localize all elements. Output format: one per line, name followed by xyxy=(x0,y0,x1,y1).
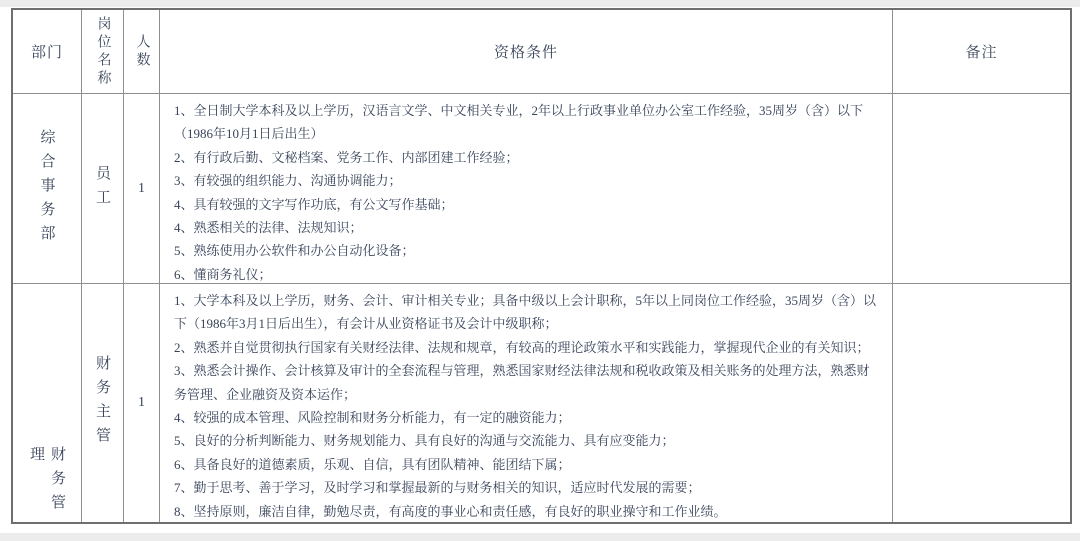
qualification-item: 6、懂商务礼仪； xyxy=(174,263,272,284)
qualification-item: 7、勤于思考、善于学习，及时学习和掌握最新的与财务相关的知识，适应时代发展的需要… xyxy=(174,476,701,499)
page: { "colors": { "text": "#38435a", "border… xyxy=(0,0,1080,541)
qualification-item: 1、大学本科及以上学历，财务、会计、审计相关专业；具备中级以上会计职称，5年以上… xyxy=(174,289,876,336)
qualification-item: 6、具备良好的道德素质，乐观、自信，具有团队精神、能团结下属； xyxy=(174,453,571,476)
qualification-item: 4、熟悉相关的法律、法规知识； xyxy=(174,216,363,239)
qualification-item: 4、较强的成本管理、风险控制和财务分析能力，有一定的融资能力； xyxy=(174,406,571,429)
header-cell-qualifications: 资格条件 xyxy=(160,10,893,94)
header-label-department: 部门 xyxy=(31,41,63,62)
row2-position-label: 财务主管 xyxy=(92,355,113,451)
row2-remarks-cell xyxy=(893,284,1070,522)
header-cell-position: 岗位名称 xyxy=(82,10,124,94)
qualification-item: 1、全日制大学本科及以上学历，汉语言文学、中文相关专业，2年以上行政事业单位办公… xyxy=(174,99,876,146)
qualification-item: 2、有行政后勤、文秘档案、党务工作、内部团建工作经验； xyxy=(174,146,519,169)
row1-department-label: 综合事务部 xyxy=(37,129,58,249)
header-cell-remarks: 备注 xyxy=(893,10,1070,94)
row1-position-label: 员工 xyxy=(92,165,113,213)
row1-qualifications-cell: 1、全日制大学本科及以上学历，汉语言文学、中文相关专业，2年以上行政事业单位办公… xyxy=(160,94,893,284)
qualification-item: 4、具有较强的文字写作功底，有公文写作基础； xyxy=(174,193,454,216)
qualification-item: 5、熟练使用办公软件和办公自动化设备； xyxy=(174,239,415,262)
row2-headcount-cell: 1 xyxy=(124,284,160,522)
recruitment-table: 部门 岗位名称 人数 资格条件 备注 综合事务部 员工 1 1、全日制大学本科及… xyxy=(11,8,1072,524)
row1-headcount-cell: 1 xyxy=(124,94,160,284)
page-top-edge xyxy=(0,0,1080,7)
row2-position-cell: 财务主管 xyxy=(82,284,124,522)
row2-department-label: 财务管理 xyxy=(26,446,68,522)
header-label-qualifications: 资格条件 xyxy=(494,41,558,62)
row1-department-cell: 综合事务部 xyxy=(13,94,82,284)
row1-position-cell: 员工 xyxy=(82,94,124,284)
header-cell-headcount: 人数 xyxy=(124,10,160,94)
row2-department-cell: 财务管理 xyxy=(13,284,82,522)
qualification-item: 2、熟悉并自觉贯彻执行国家有关财经法律、法规和规章，有较高的理论政策水平和实践能… xyxy=(174,336,870,359)
row1-headcount-value: 1 xyxy=(138,181,145,197)
row1-remarks-cell xyxy=(893,94,1070,284)
qualification-item: 8、坚持原则，廉洁自律，勤勉尽责，有高度的事业心和责任感，有良好的职业操守和工作… xyxy=(174,500,727,522)
row2-qualifications-cell: 1、大学本科及以上学历，财务、会计、审计相关专业；具备中级以上会计职称，5年以上… xyxy=(160,284,893,522)
header-cell-department: 部门 xyxy=(13,10,82,94)
header-label-remarks: 备注 xyxy=(965,41,997,62)
header-label-headcount: 人数 xyxy=(132,34,152,70)
qualification-item: 5、良好的分析判断能力、财务规划能力、具有良好的沟通与交流能力、具有应变能力； xyxy=(174,429,675,452)
header-label-position: 岗位名称 xyxy=(93,16,113,88)
page-bottom-edge xyxy=(0,533,1080,541)
qualification-item: 3、熟悉会计操作、会计核算及审计的全套流程与管理，熟悉国家财经法律法规和税收政策… xyxy=(174,359,876,406)
row2-headcount-value: 1 xyxy=(138,395,145,411)
qualification-item: 3、有较强的组织能力、沟通协调能力； xyxy=(174,169,402,192)
